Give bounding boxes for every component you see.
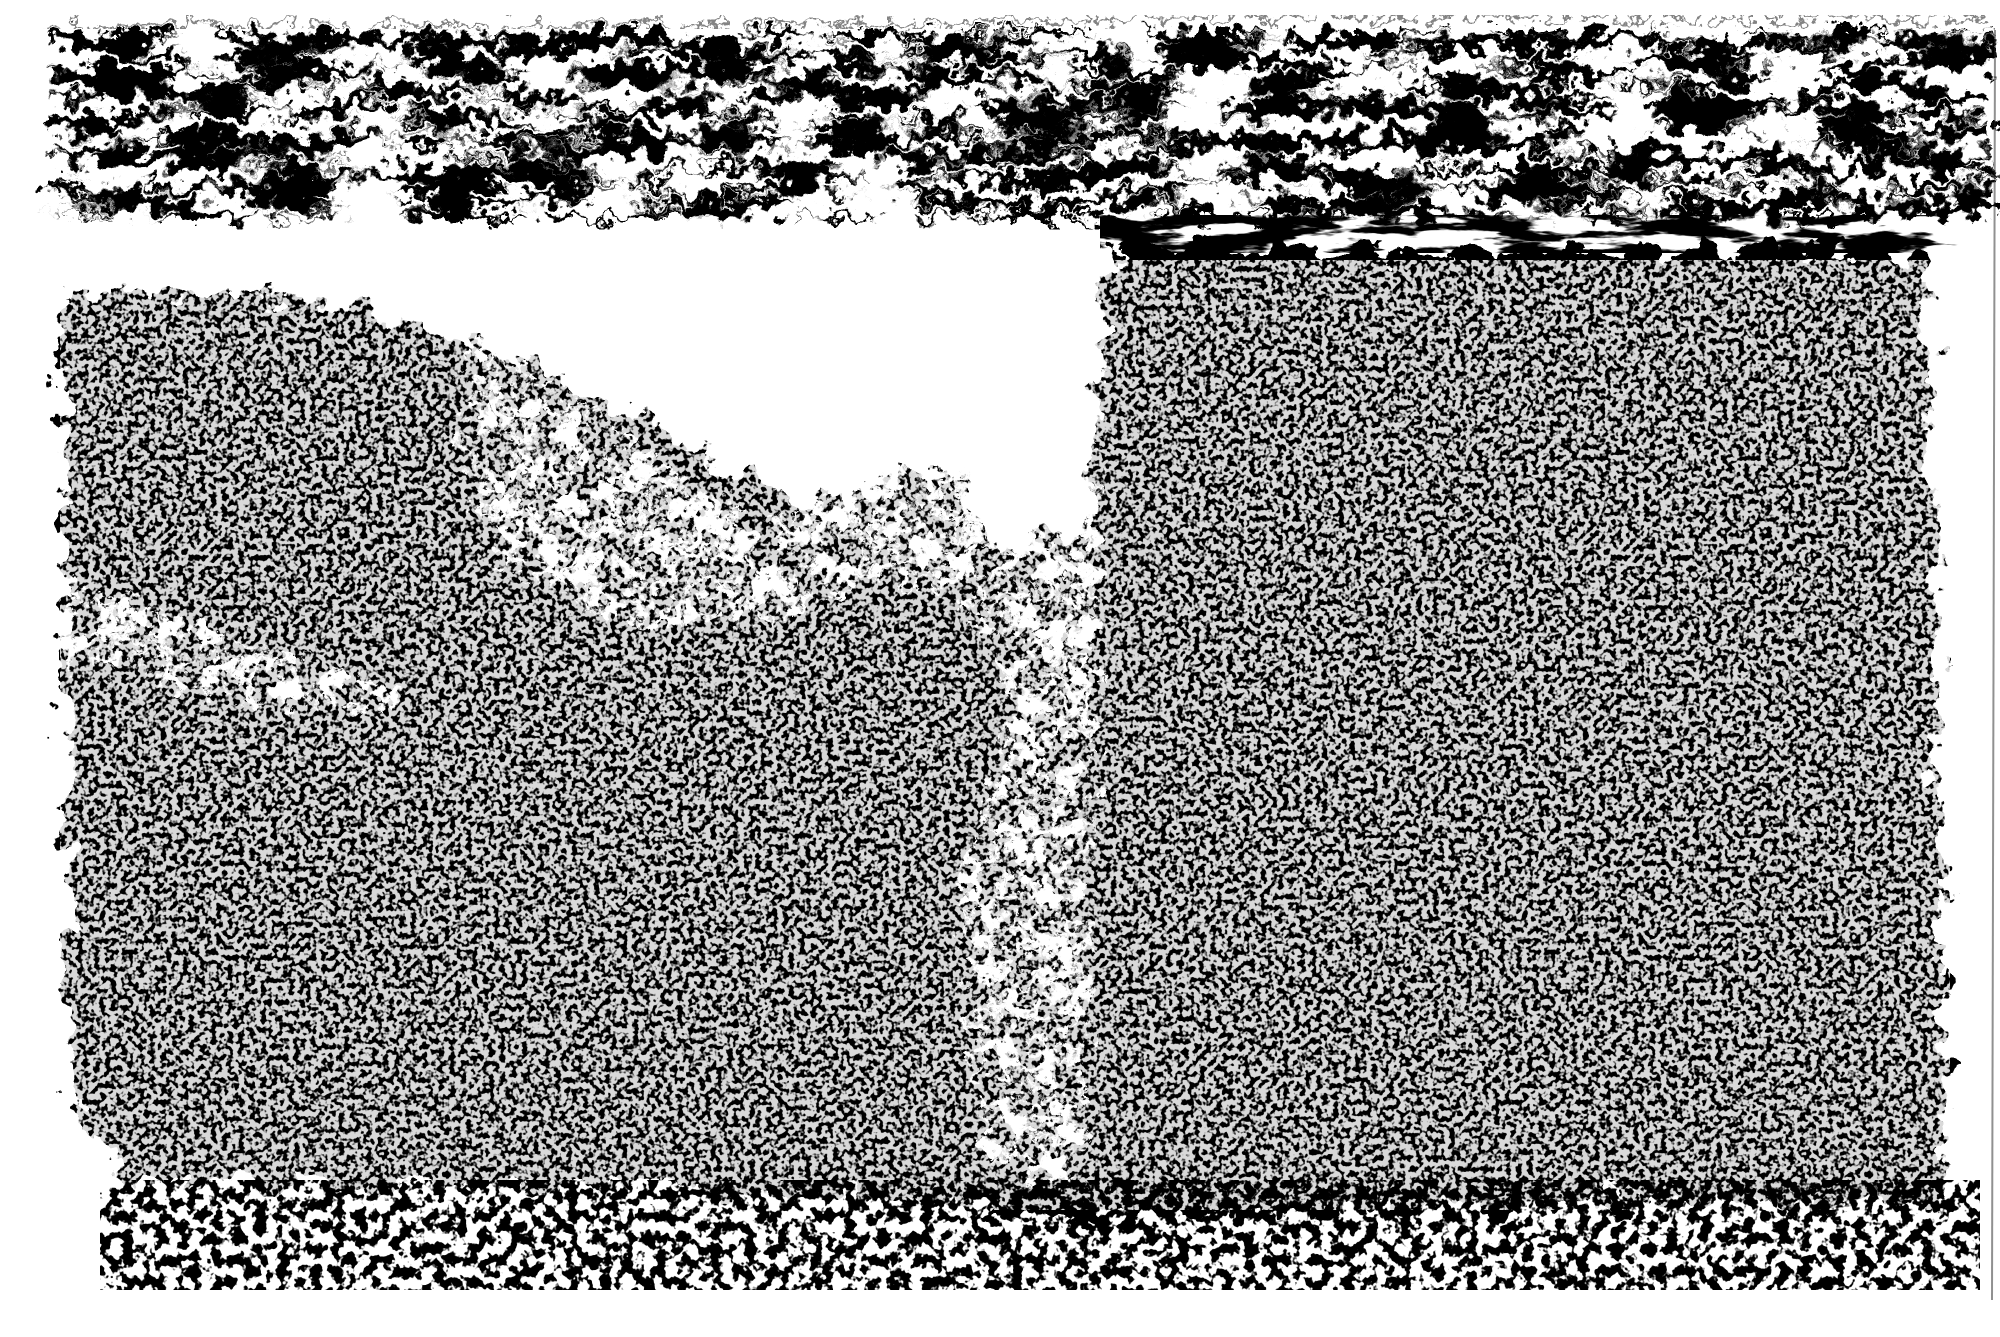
texture-artwork (0, 0, 2000, 1337)
grunge-texture-canvas (0, 0, 2000, 1337)
speckles (60, 260, 1950, 1210)
top-band (48, 30, 1993, 220)
bottom-edge (100, 1180, 1980, 1290)
